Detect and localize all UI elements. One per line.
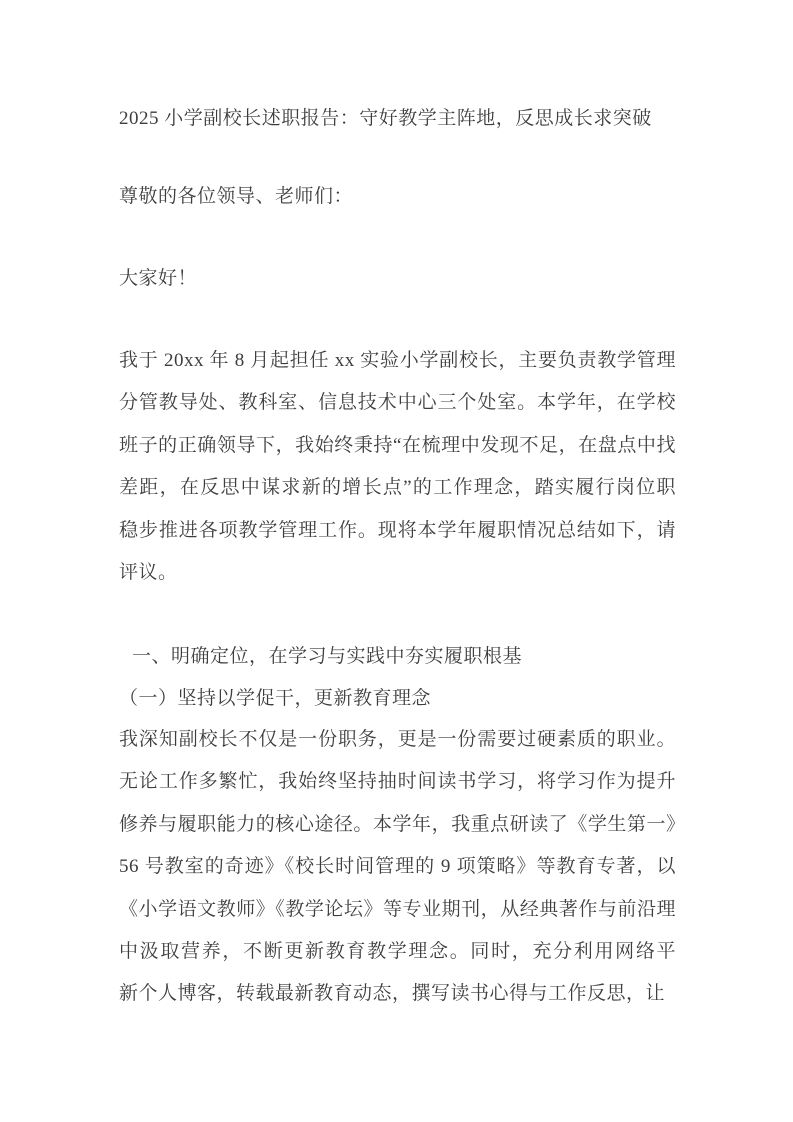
- greeting: 大家好！: [119, 258, 676, 300]
- paragraph-line: 我深知副校长不仅是一份职务，更是一份需要过硬素质的职业。因此，: [119, 719, 676, 761]
- paragraph-line: 分管教导处、教科室、信息技术中心三个处室。本学年，在学校党政: [119, 382, 676, 424]
- paragraph-line: 稳步推进各项教学管理工作。现将本学年履职情况总结如下，请各位: [119, 510, 676, 552]
- paragraph-line: 我于 20xx 年 8 月起担任 xx 实验小学副校长，主要负责教学管理工作，: [119, 340, 676, 382]
- paragraph-line: 无论工作多繁忙，我始终坚持抽时间读书学习，将学习作为提升自身: [119, 761, 676, 803]
- paragraph-line: 《小学语文教师》《教学论坛》等专业期刊，从经典著作与前沿理论: [119, 889, 676, 931]
- section-1-subheading: （一）坚持以学促干，更新教育理念: [119, 678, 676, 720]
- paragraph-line: 修养与履职能力的核心途径。本学年，我重点研读了《学生第一》《第: [119, 804, 676, 846]
- document-title: 2025 小学副校长述职报告：守好教学主阵地，反思成长求突破: [119, 98, 676, 140]
- document-page: 2025 小学副校长述职报告：守好教学主阵地，反思成长求突破 尊敬的各位领导、老…: [0, 0, 793, 1122]
- paragraph-line: 评议。: [119, 552, 676, 594]
- paragraph-line: 新个人博客，转载最新教育动态，撰写读书心得与工作反思，让读书、: [119, 973, 676, 1015]
- section-1-heading: 一、明确定位，在学习与实践中夯实履职根基: [119, 636, 676, 678]
- paragraph-line: 中汲取营养，不断更新教育教学理念。同时，充分利用网络平台，更: [119, 931, 676, 973]
- salutation: 尊敬的各位领导、老师们：: [119, 176, 676, 218]
- intro-paragraph: 我于 20xx 年 8 月起担任 xx 实验小学副校长，主要负责教学管理工作， …: [119, 340, 676, 594]
- section-1-paragraph: 我深知副校长不仅是一份职务，更是一份需要过硬素质的职业。因此， 无论工作多繁忙，…: [119, 719, 676, 1016]
- paragraph-line: 班子的正确领导下，我始终秉持“在梳理中发现不足，在盘点中找出: [119, 425, 676, 467]
- paragraph-line: 56 号教室的奇迹》《校长时间管理的 9 项策略》等教育专著，以及: [119, 846, 676, 888]
- paragraph-line: 差距，在反思中谋求新的增长点”的工作理念，踏实履行岗位职责，: [119, 467, 676, 509]
